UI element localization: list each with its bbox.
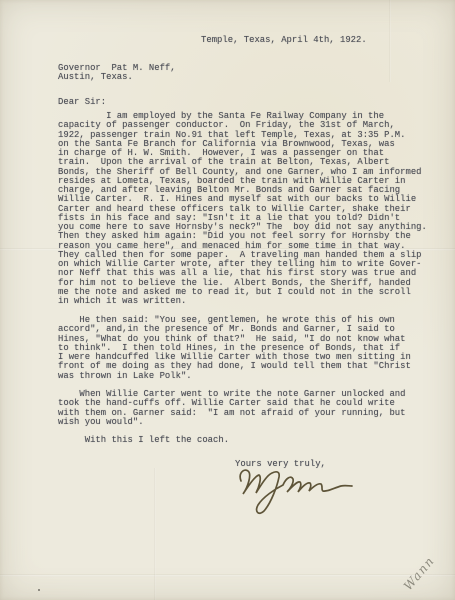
body-paragraph-2: He then said: "You see, gentlemen, he wr… <box>58 316 411 381</box>
recipient-address: Governor Pat M. Neff, Austin, Texas. <box>58 64 176 83</box>
letter-document: Temple, Texas, April 4th, 1922. Governor… <box>0 0 455 600</box>
body-paragraph-1: I am employed by the Santa Fe Railway Co… <box>58 112 427 306</box>
fold-crease-vertical-bottom <box>154 468 156 600</box>
signature-stroke <box>240 470 352 513</box>
salutation: Dear Sir: <box>58 98 106 107</box>
signature-handwritten-wjwann <box>231 463 361 521</box>
dateline: Temple, Texas, April 4th, 1922. <box>201 36 367 45</box>
body-paragraph-4: With this I left the coach. <box>58 436 229 445</box>
fold-crease-horizontal-lower <box>0 574 455 577</box>
body-paragraph-3: When Willie Carter went to write the not… <box>58 390 405 427</box>
pencil-annotation: Wann <box>401 553 437 593</box>
fold-crease-vertical-top <box>389 0 391 82</box>
ink-speck <box>38 589 40 591</box>
